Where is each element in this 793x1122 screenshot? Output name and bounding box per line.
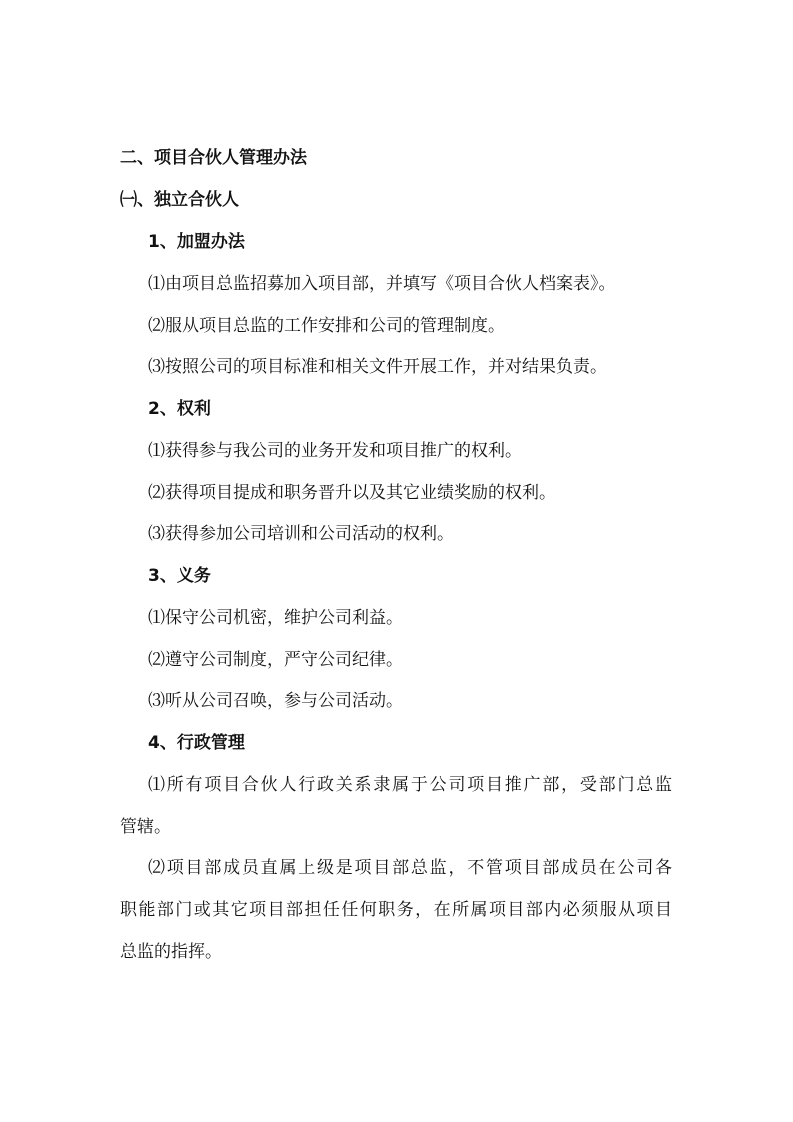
list-item: ⑴由项目总监招募加入项目部，并填写《项目合伙人档案表》。 [148, 273, 616, 295]
heading-obligations: 3、义务 [148, 565, 211, 587]
heading-join-method: 1、加盟办法 [148, 231, 245, 253]
section-title: 二、项目合伙人管理办法 [120, 147, 307, 169]
paragraph-line: 总监的指挥。 [120, 941, 222, 963]
list-item: ⑵获得项目提成和职务晋升以及其它业绩奖励的权利。 [148, 482, 556, 504]
list-item: ⑴获得参与我公司的业务开发和项目推广的权利。 [148, 440, 522, 462]
list-item: ⑵遵守公司制度，严守公司纪律。 [148, 649, 403, 671]
paragraph-line: 职能部门或其它项目部担任任何职务，在所属项目部内必须服从项目 [120, 899, 672, 921]
list-item: ⑴保守公司机密，维护公司利益。 [148, 607, 403, 629]
subsection-title: ㈠、独立合伙人 [120, 189, 239, 211]
list-item: ⑶获得参加公司培训和公司活动的权利。 [148, 523, 454, 545]
list-item: ⑶按照公司的项目标准和相关文件开展工作，并对结果负责。 [148, 356, 607, 378]
list-item: ⑵服从项目总监的工作安排和公司的管理制度。 [148, 315, 505, 337]
list-item: ⑶听从公司召唤，参与公司活动。 [148, 690, 403, 712]
heading-rights: 2、权利 [148, 398, 211, 420]
paragraph-line: ⑴所有项目合伙人行政关系隶属于公司项目推广部，受部门总监 [148, 774, 672, 796]
heading-admin: 4、行政管理 [148, 732, 245, 754]
paragraph-line: 管辖。 [120, 816, 171, 838]
paragraph-line: ⑵项目部成员直属上级是项目部总监，不管项目部成员在公司各 [148, 857, 672, 879]
